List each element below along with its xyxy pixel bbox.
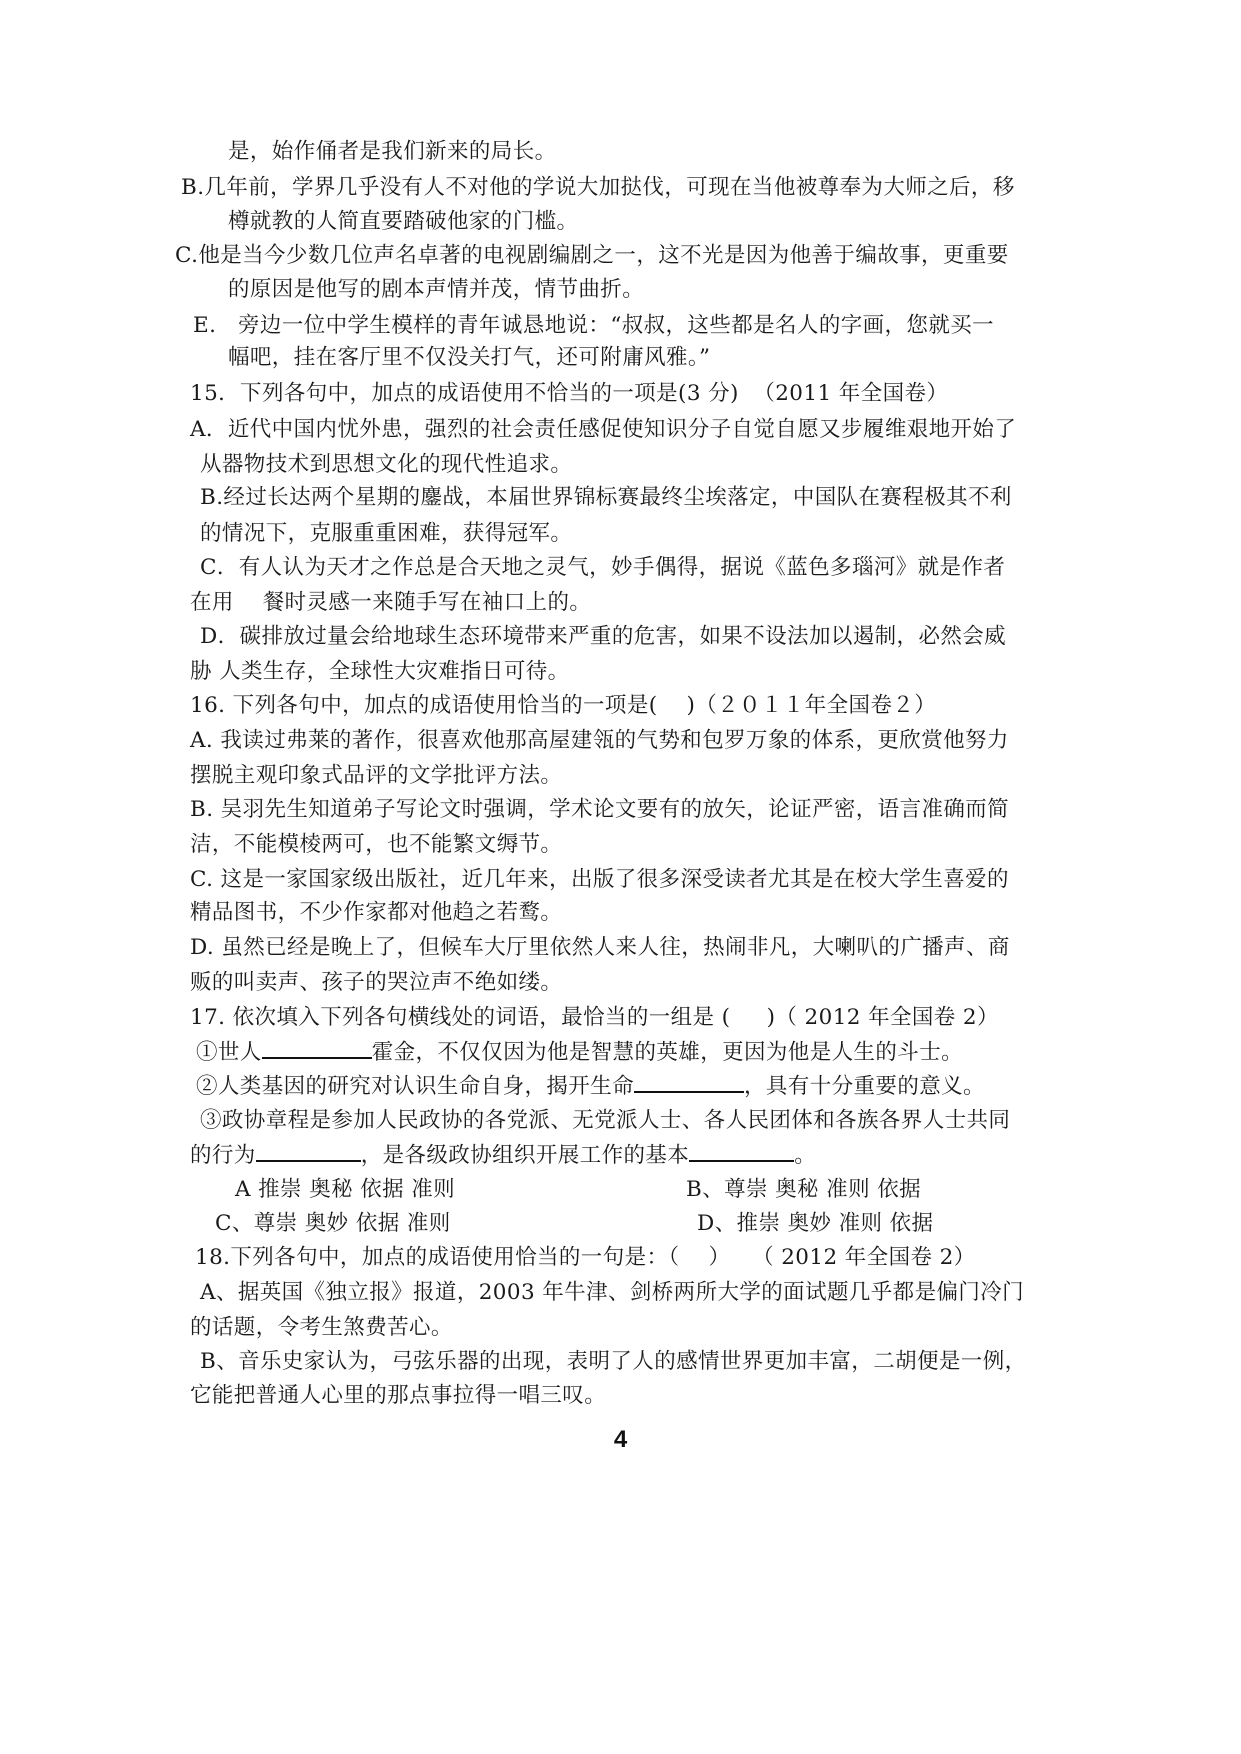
line-text: 的原因是他写的剧本声情并茂，情节曲折。 xyxy=(228,277,644,302)
line-text: 17. 依次填入下列各句横线处的词语，最恰当的一组是 ( )（ 2012 年全国… xyxy=(190,1005,999,1030)
line-text: 樽就教的人简直要踏破他家的门槛。 xyxy=(228,209,578,234)
sentence-text-middle: ，是各级政协组织开展工作的基本 xyxy=(361,1143,690,1168)
line-text: 16. 下列各句中，加点的成语使用恰当的一项是( )（２０１１年全国卷２） xyxy=(190,693,936,718)
text-line: 摆脱主观印象式品评的文学批评方法。 xyxy=(190,761,562,791)
text-line: 在用 餐时灵感一来随手写在袖口上的。 xyxy=(190,588,591,618)
line-text: B.几年前，学界几乎没有人不对他的学说大加挞伐，可现在当他被尊奉为大师之后，移 xyxy=(181,175,1015,200)
text-line: B.几年前，学界几乎没有人不对他的学说大加挞伐，可现在当他被尊奉为大师之后，移 xyxy=(181,173,1015,203)
text-line: 洁，不能模棱两可，也不能繁文缛节。 xyxy=(190,830,562,860)
text-line: 的话题，令考生煞费苦心。 xyxy=(190,1313,453,1343)
fill-in-blank xyxy=(262,1037,372,1059)
text-line: 是，始作俑者是我们新来的局长。 xyxy=(228,137,557,167)
line-text: 精品图书，不少作家都对他趋之若鹜。 xyxy=(190,900,562,925)
text-line: C. 这是一家国家级出版社，近几年来，出版了很多深受读者尤其是在校大学生喜爱的 xyxy=(190,865,1009,895)
sentence-text-before: 的行为 xyxy=(190,1143,256,1168)
line-text: C.他是当今少数几位声名卓著的电视剧编剧之一，这不光是因为他善于编故事，更重要 xyxy=(175,243,1009,268)
line-text: 胁 人类生存，全球性大灾难指日可待。 xyxy=(190,659,570,684)
line-text: A. 我读过弗莱的著作，很喜欢他那高屋建瓴的气势和包罗万象的体系，更欣赏他努力 xyxy=(190,728,1009,753)
line-text: E. 旁边一位中学生模样的青年诚恳地说：“叔叔，这些都是名人的字画，您就买一 xyxy=(193,313,994,338)
text-line: E. 旁边一位中学生模样的青年诚恳地说：“叔叔，这些都是名人的字画，您就买一 xyxy=(193,311,994,341)
text-line: 18.下列各句中，加点的成语使用恰当的一句是：（ ） （ 2012 年全国卷 2… xyxy=(195,1243,976,1273)
text-line: B、音乐史家认为，弓弦乐器的出现，表明了人的感情世界更加丰富，二胡便是一例， xyxy=(200,1347,1027,1377)
line-text: B、音乐史家认为，弓弦乐器的出现，表明了人的感情世界更加丰富，二胡便是一例， xyxy=(200,1349,1027,1374)
option-text: B、尊崇 奥秘 准则 依据 xyxy=(686,1177,921,1202)
line-text: A、据英国《独立报》报道，2003 年牛津、剑桥两所大学的面试题几乎都是偏门冷门 xyxy=(200,1280,1024,1305)
line-text: 幅吧，挂在客厅里不仅没关打气，还可附庸风雅。” xyxy=(228,345,710,370)
text-line: 从器物技术到思想文化的现代性追求。 xyxy=(200,450,572,480)
text-line: C．有人认为天才之作总是合天地之灵气，妙手偶得，据说《蓝色多瑙河》就是作者 xyxy=(200,553,1005,583)
line-text: B.经过长达两个星期的鏖战，本届世界锦标赛最终尘埃落定，中国队在赛程极其不利 xyxy=(200,485,1012,510)
text-line: 胁 人类生存，全球性大灾难指日可待。 xyxy=(190,657,570,687)
line-text: 18.下列各句中，加点的成语使用恰当的一句是：（ ） （ 2012 年全国卷 2… xyxy=(195,1245,976,1270)
fill-in-sentence: ③政协章程是参加人民政协的各党派、无党派人士、各人民团体和各族各界人士共同 xyxy=(200,1106,1010,1136)
answer-option: D、推崇 奥妙 准则 依据 xyxy=(697,1209,933,1239)
line-text: 15．下列各句中，加点的成语使用不恰当的一项是(3 分) （2011 年全国卷） xyxy=(190,381,948,406)
page-number: 4 xyxy=(0,1426,1241,1454)
sentence-text-after: 。 xyxy=(794,1143,816,1168)
sentence-text-before: ①世人 xyxy=(196,1040,262,1065)
answer-option: C、尊崇 奥妙 依据 准则 xyxy=(215,1209,451,1239)
line-text: 它能把普通人心里的那点事拉得一唱三叹。 xyxy=(190,1383,606,1408)
text-line: 16. 下列各句中，加点的成语使用恰当的一项是( )（２０１１年全国卷２） xyxy=(190,691,936,721)
answer-option: B、尊崇 奥秘 准则 依据 xyxy=(686,1175,921,1205)
document-page: 是，始作俑者是我们新来的局长。B.几年前，学界几乎没有人不对他的学说大加挞伐，可… xyxy=(0,0,1241,1754)
text-line: A、据英国《独立报》报道，2003 年牛津、剑桥两所大学的面试题几乎都是偏门冷门 xyxy=(200,1278,1024,1308)
fill-in-blank xyxy=(256,1140,361,1162)
text-line: 15．下列各句中，加点的成语使用不恰当的一项是(3 分) （2011 年全国卷） xyxy=(190,379,948,409)
line-text: D．碳排放过量会给地球生态环境带来严重的危害，如果不设法加以遏制，必然会威 xyxy=(200,624,1006,649)
text-line: 贩的叫卖声、孩子的哭泣声不绝如缕。 xyxy=(190,968,562,998)
line-text: D. 虽然已经是晚上了，但候车大厅里依然人来人往，热闹非凡，大喇叭的广播声、商 xyxy=(190,935,1010,960)
text-line: 樽就教的人简直要踏破他家的门槛。 xyxy=(228,207,578,237)
text-line: B. 吴羽先生知道弟子写论文时强调，学术论文要有的放矢，论证严密，语言准确而简 xyxy=(190,795,1009,825)
line-text: 在用 餐时灵感一来随手写在袖口上的。 xyxy=(190,590,591,615)
fill-in-sentence: ②人类基因的研究对认识生命自身，揭开生命，具有十分重要的意义。 xyxy=(196,1071,985,1101)
option-text: D、推崇 奥妙 准则 依据 xyxy=(697,1211,933,1236)
line-text: 的话题，令考生煞费苦心。 xyxy=(190,1315,453,1340)
fill-in-blank xyxy=(689,1140,794,1162)
line-text: 贩的叫卖声、孩子的哭泣声不绝如缕。 xyxy=(190,970,562,995)
line-text: 从器物技术到思想文化的现代性追求。 xyxy=(200,452,572,477)
text-line: 幅吧，挂在客厅里不仅没关打气，还可附庸风雅。” xyxy=(228,343,710,373)
text-line: C.他是当今少数几位声名卓著的电视剧编剧之一，这不光是因为他善于编故事，更重要 xyxy=(175,241,1009,271)
text-line: 它能把普通人心里的那点事拉得一唱三叹。 xyxy=(190,1381,606,1411)
text-line: A．近代中国内忧外患，强烈的社会责任感促使知识分子自觉自愿又步履维艰地开始了 xyxy=(190,415,1016,445)
text-line: B.经过长达两个星期的鏖战，本届世界锦标赛最终尘埃落定，中国队在赛程极其不利 xyxy=(200,483,1012,513)
line-text: 摆脱主观印象式品评的文学批评方法。 xyxy=(190,763,562,788)
line-text: A．近代中国内忧外患，强烈的社会责任感促使知识分子自觉自愿又步履维艰地开始了 xyxy=(190,417,1016,442)
sentence-text: ③政协章程是参加人民政协的各党派、无党派人士、各人民团体和各族各界人士共同 xyxy=(200,1108,1010,1133)
text-line: 17. 依次填入下列各句横线处的词语，最恰当的一组是 ( )（ 2012 年全国… xyxy=(190,1003,999,1033)
text-line: A. 我读过弗莱的著作，很喜欢他那高屋建瓴的气势和包罗万象的体系，更欣赏他努力 xyxy=(190,726,1009,756)
text-line: 的原因是他写的剧本声情并茂，情节曲折。 xyxy=(228,275,644,305)
line-text: 洁，不能模棱两可，也不能繁文缛节。 xyxy=(190,832,562,857)
line-text: C．有人认为天才之作总是合天地之灵气，妙手偶得，据说《蓝色多瑙河》就是作者 xyxy=(200,555,1005,580)
line-text: B. 吴羽先生知道弟子写论文时强调，学术论文要有的放矢，论证严密，语言准确而简 xyxy=(190,797,1009,822)
fill-in-blank xyxy=(634,1071,744,1093)
option-text: C、尊崇 奥妙 依据 准则 xyxy=(215,1211,451,1236)
sentence-text-before: ②人类基因的研究对认识生命自身，揭开生命 xyxy=(196,1074,634,1099)
text-line: 的情况下，克服重重困难，获得冠军。 xyxy=(200,519,572,549)
answer-option: A 推崇 奥秘 依据 准则 xyxy=(235,1175,455,1205)
option-text: A 推崇 奥秘 依据 准则 xyxy=(235,1177,455,1202)
text-line: D．碳排放过量会给地球生态环境带来严重的危害，如果不设法加以遏制，必然会威 xyxy=(200,622,1006,652)
line-text: 的情况下，克服重重困难，获得冠军。 xyxy=(200,521,572,546)
text-line: 精品图书，不少作家都对他趋之若鹜。 xyxy=(190,898,562,928)
sentence-text-after: 霍金，不仅仅因为他是智慧的英雄，更因为他是人生的斗士。 xyxy=(372,1040,963,1065)
line-text: 是，始作俑者是我们新来的局长。 xyxy=(228,139,557,164)
line-text: C. 这是一家国家级出版社，近几年来，出版了很多深受读者尤其是在校大学生喜爱的 xyxy=(190,867,1009,892)
text-line: D. 虽然已经是晚上了，但候车大厅里依然人来人往，热闹非凡，大喇叭的广播声、商 xyxy=(190,933,1010,963)
sentence-text-after: ，具有十分重要的意义。 xyxy=(744,1074,985,1099)
fill-in-sentence: 的行为，是各级政协组织开展工作的基本。 xyxy=(190,1140,816,1170)
fill-in-sentence: ①世人霍金，不仅仅因为他是智慧的英雄，更因为他是人生的斗士。 xyxy=(196,1037,963,1067)
